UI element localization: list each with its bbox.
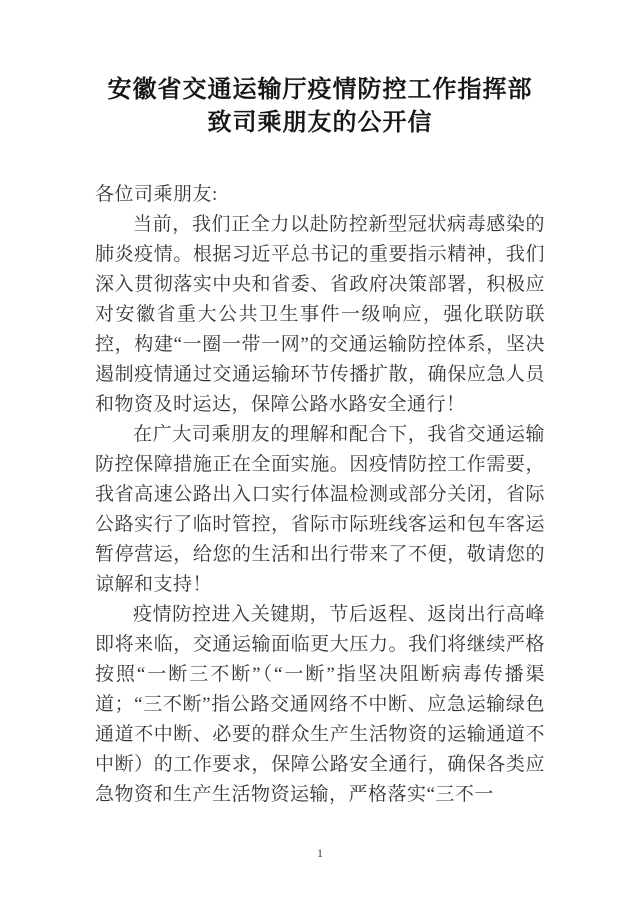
paragraph-3: 疫情防控进入关键期，节后返程、返岗出行高峰即将来临，交通运输面临更大压力。我们将… — [95, 600, 545, 810]
title-line-2: 致司乘朋友的公开信 — [95, 107, 545, 140]
paragraph-1: 当前，我们正全力以赴防控新型冠状病毒感染的肺炎疫情。根据习近平总书记的重要指示精… — [95, 210, 545, 420]
document-page: 安徽省交通运输厅疫情防控工作指挥部 致司乘朋友的公开信 各位司乘朋友: 当前，我… — [0, 0, 640, 905]
title-line-1: 安徽省交通运输厅疫情防控工作指挥部 — [95, 74, 545, 107]
salutation: 各位司乘朋友: — [95, 180, 545, 210]
paragraph-2: 在广大司乘朋友的理解和配合下，我省交通运输防控保障措施正在全面实施。因疫情防控工… — [95, 420, 545, 600]
page-number: 1 — [0, 845, 640, 861]
document-title: 安徽省交通运输厅疫情防控工作指挥部 致司乘朋友的公开信 — [95, 74, 545, 140]
letter-body: 各位司乘朋友: 当前，我们正全力以赴防控新型冠状病毒感染的肺炎疫情。根据习近平总… — [95, 180, 545, 810]
